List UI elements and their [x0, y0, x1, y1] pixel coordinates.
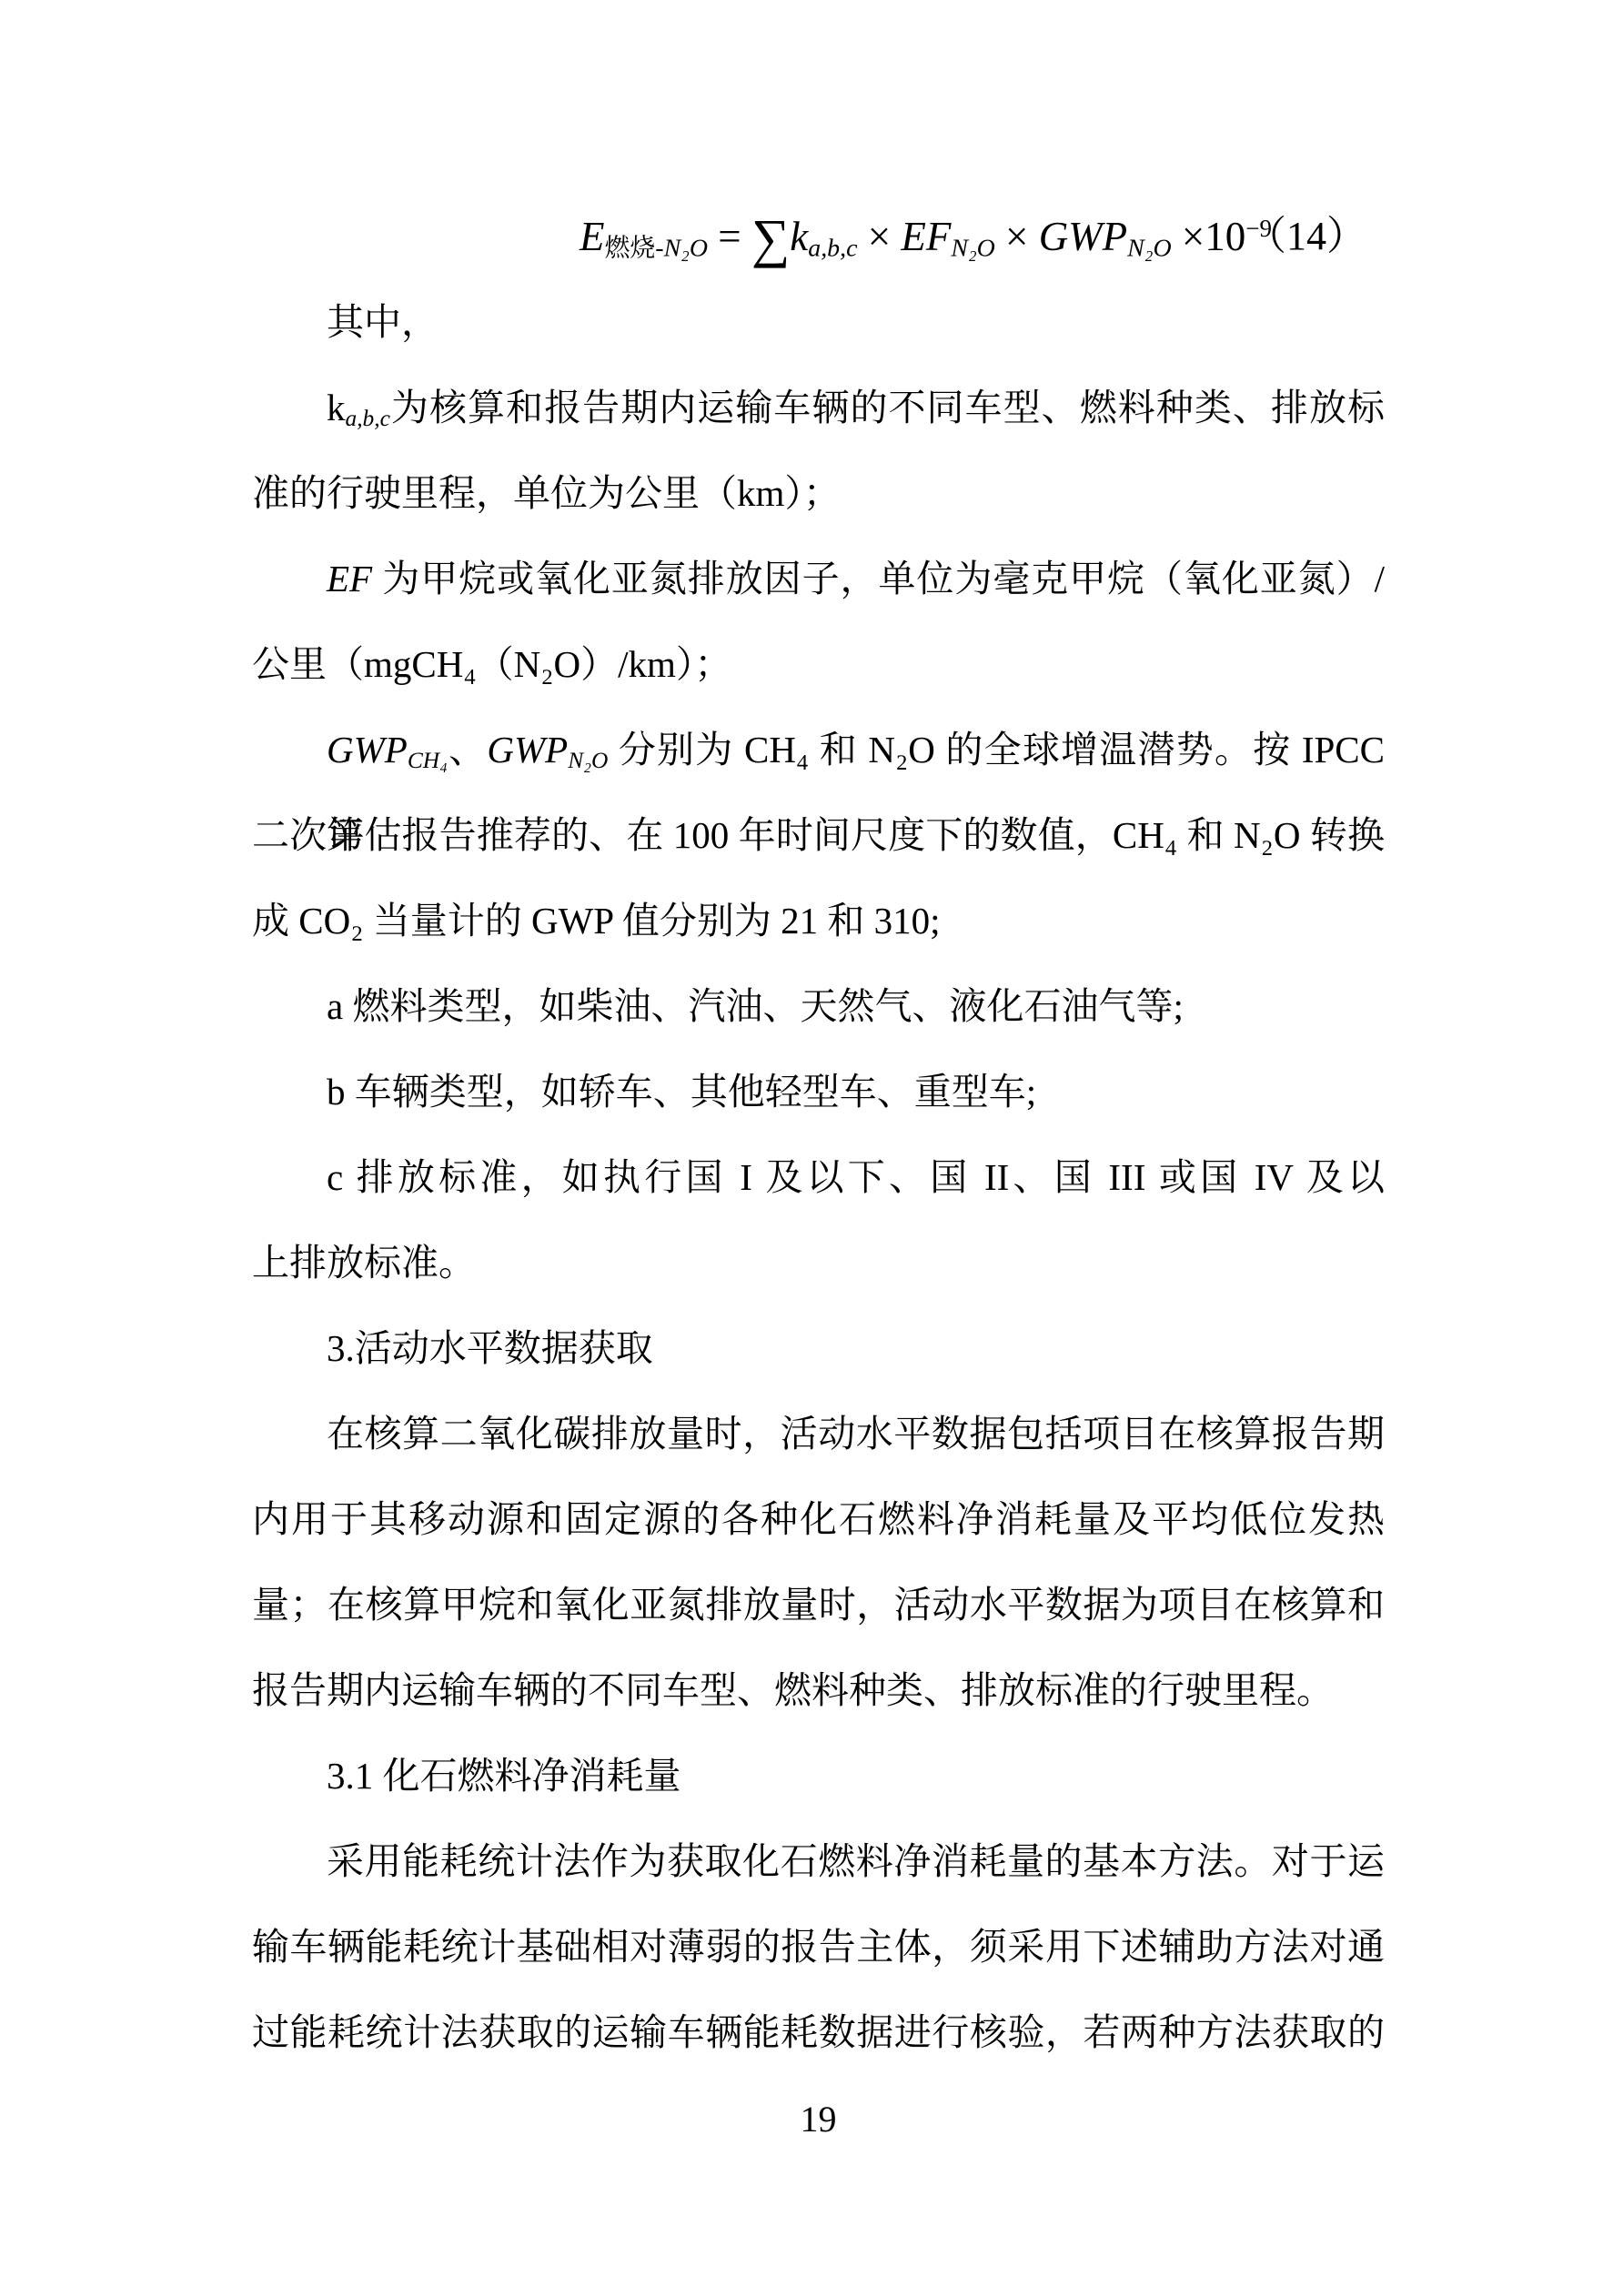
text-segment: 公里（mgCH₄（N₂O）/km）； — [252, 643, 731, 685]
text-segment: EF — [901, 214, 951, 259]
text-segment: 在核算二氧化碳排放量时，活动水平数据包括项目在核算报告期 — [327, 1413, 1385, 1455]
text-line: 输车辆能耗统计基础相对薄弱的报告主体，须采用下述辅助方法对通 — [252, 1904, 1385, 1989]
equation-row: E燃烧-N₂O = ∑ka,b,c × EFN₂O × GWPN₂O ×10−9… — [252, 194, 1385, 279]
text-segment: N₂O — [664, 235, 708, 263]
text-lines: 其中，ka,b,c为核算和报告期内运输车辆的不同车型、燃料种类、排放标准的行驶里… — [252, 279, 1385, 2075]
text-segment: c 排放标准，如执行国 I 及以下、国 II、国 III 或国 IV 及以 — [327, 1156, 1385, 1198]
text-segment: 准的行驶里程，单位为公里（km）； — [252, 472, 841, 514]
text-line: c 排放标准，如执行国 I 及以下、国 II、国 III 或国 IV 及以 — [252, 1134, 1385, 1220]
text-segment: k — [790, 214, 808, 259]
text-line: 二次评估报告推荐的、在 100 年时间尺度下的数值，CH₄ 和 N₂O 转换 — [252, 792, 1385, 878]
text-segment: 过能耗统计法获取的运输车辆能耗数据进行核验，若两种方法获取的 — [252, 2011, 1385, 2053]
text-line: 在核算二氧化碳排放量时，活动水平数据包括项目在核算报告期 — [252, 1391, 1385, 1476]
document-page: E燃烧-N₂O = ∑ka,b,c × EFN₂O × GWPN₂O ×10−9… — [0, 0, 1623, 2296]
text-segment: 量；在核算甲烷和氧化亚氮排放量时，活动水平数据为项目在核算和 — [252, 1584, 1385, 1626]
text-segment: GWP — [327, 729, 408, 770]
text-segment: 3.活动水平数据获取 — [327, 1327, 653, 1369]
text-segment: a,b,c — [346, 406, 390, 431]
text-segment: N₂O — [1127, 235, 1171, 263]
text-line: 3.活动水平数据获取 — [252, 1305, 1385, 1391]
text-segment: 输车辆能耗统计基础相对薄弱的报告主体，须采用下述辅助方法对通 — [252, 1926, 1385, 1968]
text-segment: 为核算和报告期内运输车辆的不同车型、燃料种类、排放标 — [390, 387, 1385, 428]
text-segment: GWP — [1039, 214, 1127, 259]
text-line: b 车辆类型，如轿车、其他轻型车、重型车; — [252, 1049, 1385, 1134]
text-segment: 其中， — [327, 301, 439, 343]
text-line: 上排放标准。 — [252, 1220, 1385, 1305]
text-segment: CH₄ — [408, 748, 448, 773]
text-segment: 上排放标准。 — [252, 1242, 476, 1284]
text-segment: k — [327, 387, 346, 428]
text-segment: E — [580, 214, 605, 259]
text-line: 采用能耗统计法作为获取化石燃料净消耗量的基本方法。对于运 — [252, 1818, 1385, 1904]
text-segment: 、 — [448, 729, 487, 770]
text-line: EF 为甲烷或氧化亚氮排放因子，单位为毫克甲烷（氧化亚氮）/ — [252, 536, 1385, 621]
text-segment: × — [857, 214, 901, 259]
text-segment: N₂O — [951, 235, 994, 263]
text-line: 成 CO₂ 当量计的 GWP 值分别为 21 和 310; — [252, 878, 1385, 963]
page-number: 19 — [252, 2077, 1385, 2162]
text-segment: b 车辆类型，如轿车、其他轻型车、重型车; — [327, 1071, 1036, 1113]
text-segment: 为甲烷或氧化亚氮排放因子，单位为毫克甲烷（氧化亚氮）/ — [372, 558, 1385, 599]
text-segment: ∑ — [751, 208, 790, 268]
text-line: 准的行驶里程，单位为公里（km）； — [252, 450, 1385, 536]
text-segment: 报告期内运输车辆的不同车型、燃料种类、排放标准的行驶里程。 — [252, 1669, 1334, 1711]
text-segment: a,b,c — [808, 235, 857, 263]
equation-number: （14） — [1246, 194, 1366, 279]
text-line: 3.1 化石燃料净消耗量 — [252, 1733, 1385, 1818]
equation-formula: E燃烧-N₂O = ∑ka,b,c × EFN₂O × GWPN₂O ×10−9 — [580, 194, 1272, 279]
text-line: GWPCH₄、GWPN₂O 分别为 CH₄ 和 N₂O 的全球增温潜势。按 IP… — [252, 707, 1385, 792]
text-line: ka,b,c为核算和报告期内运输车辆的不同车型、燃料种类、排放标 — [252, 365, 1385, 450]
text-segment: GWP — [487, 729, 568, 770]
text-segment: EF — [327, 558, 372, 599]
text-segment: 3.1 化石燃料净消耗量 — [327, 1755, 681, 1797]
text-line: a 燃料类型，如柴油、汽油、天然气、液化石油气等; — [252, 963, 1385, 1049]
text-segment: 燃烧- — [605, 235, 664, 263]
text-segment: 内用于其移动源和固定源的各种化石燃料净消耗量及平均低位发热 — [252, 1498, 1385, 1540]
text-segment: = — [708, 214, 751, 259]
text-segment: 二次评估报告推荐的、在 100 年时间尺度下的数值，CH₄ 和 N₂O 转换 — [252, 814, 1385, 856]
text-line: 过能耗统计法获取的运输车辆能耗数据进行核验，若两种方法获取的 — [252, 1989, 1385, 2075]
text-segment: × — [995, 214, 1039, 259]
text-line: 其中， — [252, 279, 1385, 365]
text-segment: N₂O — [568, 748, 608, 773]
text-line: 公里（mgCH₄（N₂O）/km）； — [252, 621, 1385, 707]
text-segment: 成 CO₂ 当量计的 GWP 值分别为 21 和 310; — [252, 900, 940, 942]
text-line: 量；在核算甲烷和氧化亚氮排放量时，活动水平数据为项目在核算和 — [252, 1562, 1385, 1647]
text-line: 内用于其移动源和固定源的各种化石燃料净消耗量及平均低位发热 — [252, 1476, 1385, 1562]
text-line: 报告期内运输车辆的不同车型、燃料种类、排放标准的行驶里程。 — [252, 1647, 1385, 1733]
text-segment: a 燃料类型，如柴油、汽油、天然气、液化石油气等; — [327, 985, 1184, 1027]
text-segment: ×10 — [1172, 214, 1246, 259]
text-segment: 采用能耗统计法作为获取化石燃料净消耗量的基本方法。对于运 — [327, 1840, 1385, 1882]
